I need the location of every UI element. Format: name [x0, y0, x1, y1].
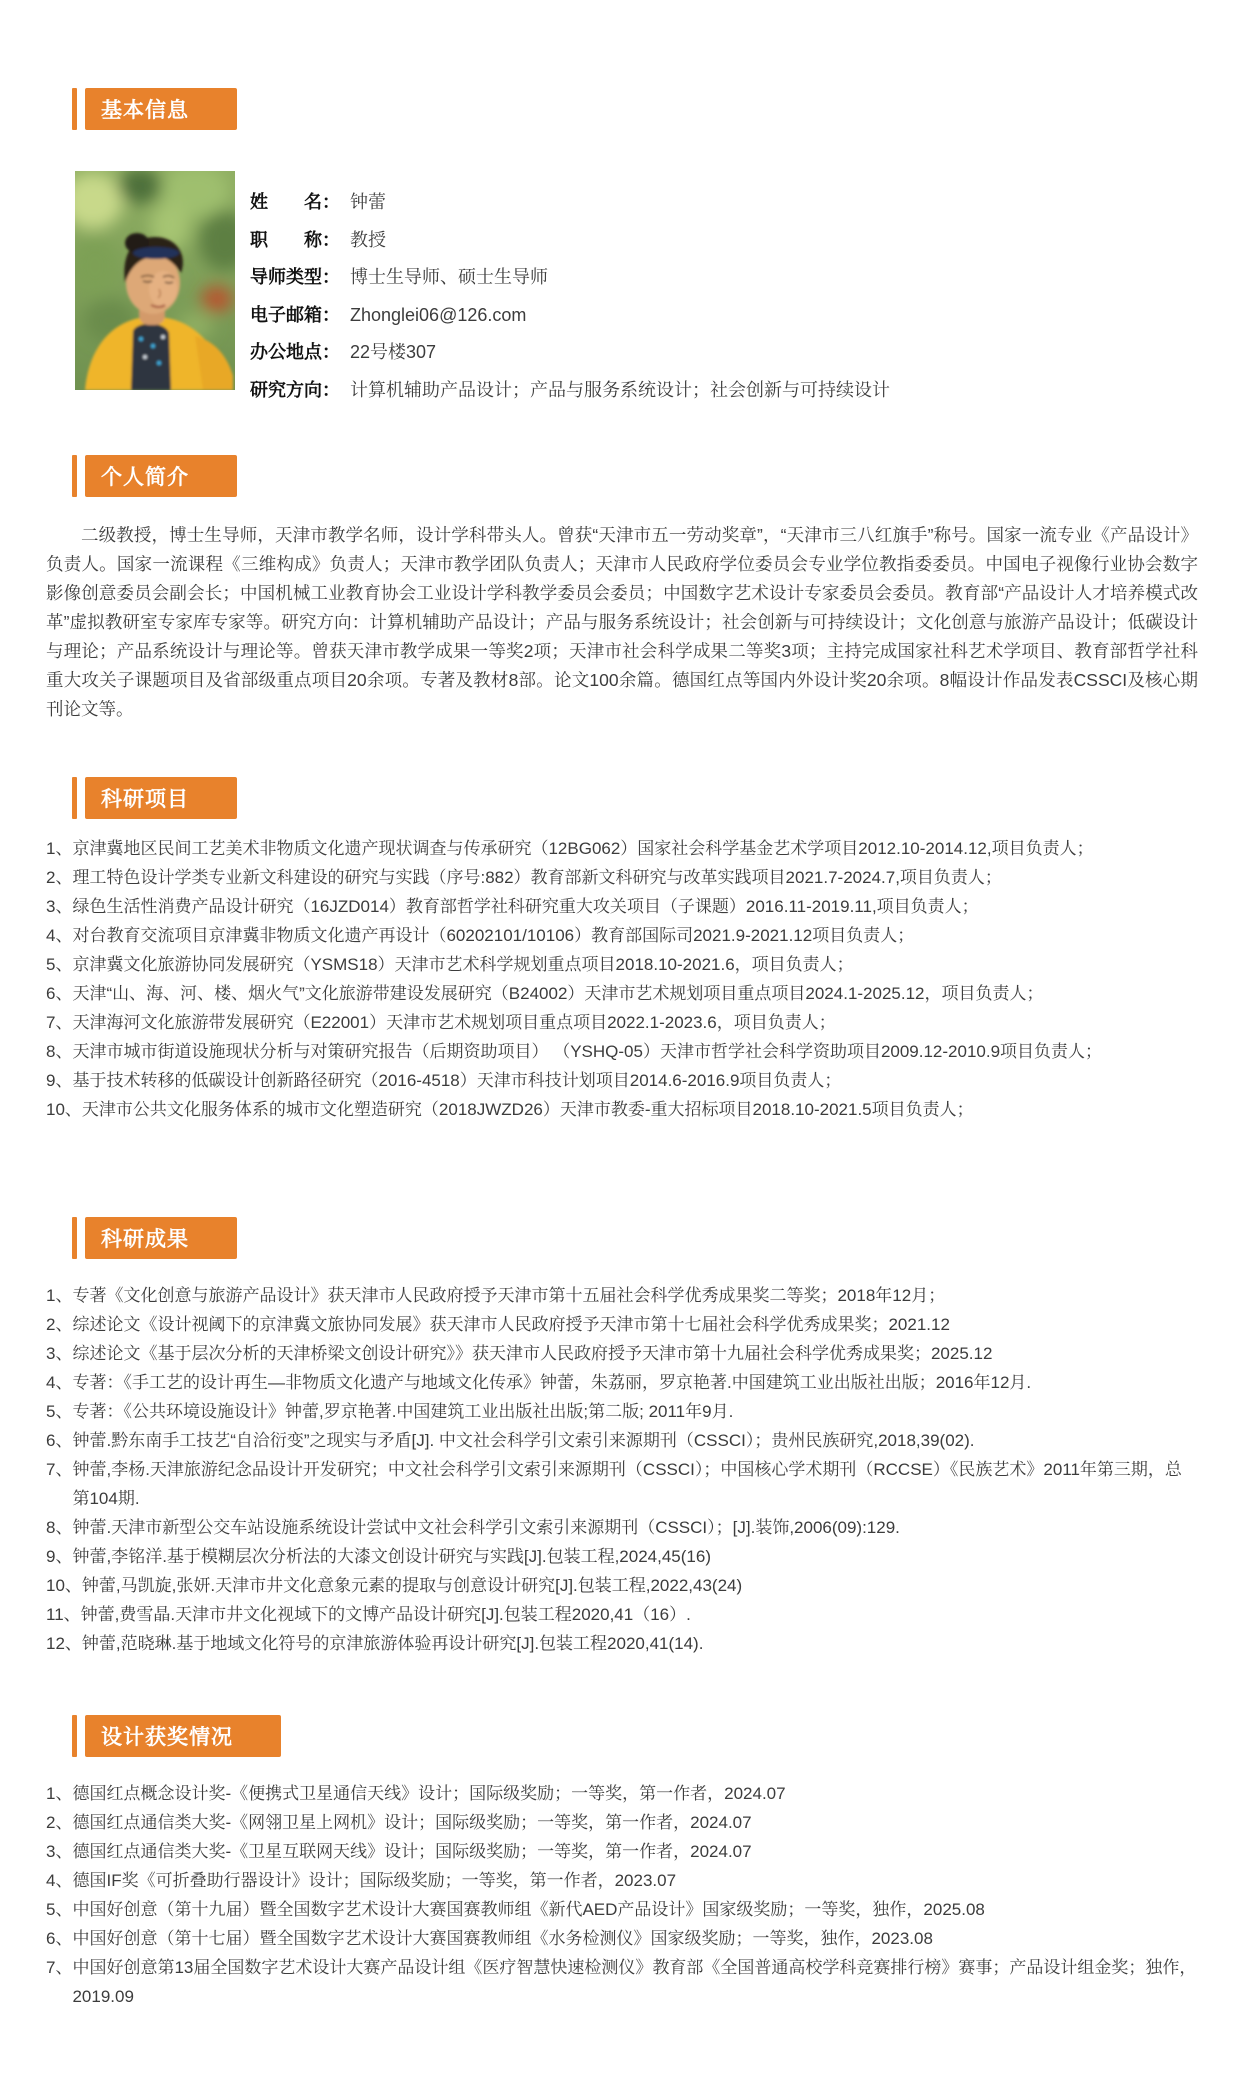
item-number: 9、: [46, 1066, 72, 1095]
field-row: 电子邮箱： Zhonglei06@126.com: [250, 297, 1190, 335]
project-item: 6、 天津“山、海、河、楼、烟火气”文化旅游带建设发展研究（B24002）天津市…: [46, 979, 1198, 1008]
item-text: 钟蕾,范晓琳.基于地域文化符号的京津旅游体验再设计研究[J].包装工程2020,…: [82, 1629, 1198, 1658]
field-value: 22号楼307: [350, 334, 436, 372]
item-text: 综述论文《基于层次分析的天津桥梁文创设计研究》》获天津市人民政府授予天津市第十九…: [72, 1339, 1198, 1368]
item-text: 专著《文化创意与旅游产品设计》获天津市人民政府授予天津市第十五届社会科学优秀成果…: [72, 1281, 1198, 1310]
item-number: 4、: [46, 1368, 72, 1397]
field-label: 电子邮箱：: [250, 297, 340, 335]
section-title: 科研成果: [85, 1217, 237, 1259]
achievement-item: 8、 钟蕾.天津市新型公交车站设施系统设计尝试中文社会科学引文索引来源期刊（CS…: [46, 1513, 1198, 1542]
item-text: 绿色生活性消费产品设计研究（16JZD014）教育部哲学社科研究重大攻关项目（子…: [72, 892, 1198, 921]
section-header-profile: 个人简介: [72, 455, 237, 497]
section-header-awards: 设计获奖情况: [72, 1715, 281, 1757]
achievement-item: 1、 专著《文化创意与旅游产品设计》获天津市人民政府授予天津市第十五届社会科学优…: [46, 1281, 1198, 1310]
section-accent-bar: [72, 455, 77, 497]
item-text: 专著：《公共环境设施设计》钟蕾,罗京艳著.中国建筑工业出版社出版;第二版; 20…: [72, 1397, 1198, 1426]
field-value: Zhonglei06@126.com: [350, 297, 526, 335]
achievement-item: 9、 钟蕾,李铭洋.基于模糊层次分析法的大漆文创设计研究与实践[J].包装工程,…: [46, 1542, 1198, 1571]
item-number: 8、: [46, 1037, 72, 1066]
item-text: 综述论文《设计视阈下的京津冀文旅协同发展》获天津市人民政府授予天津市第十七届社会…: [72, 1310, 1198, 1339]
item-text: 钟蕾,李铭洋.基于模糊层次分析法的大漆文创设计研究与实践[J].包装工程,202…: [72, 1542, 1198, 1571]
project-item: 9、 基于技术转移的低碳设计创新路径研究（2016-4518）天津市科技计划项目…: [46, 1066, 1198, 1095]
project-item: 8、 天津市城市街道设施现状分析与对策研究报告（后期资助项目） （YSHQ-05…: [46, 1037, 1198, 1066]
item-number: 11、: [46, 1600, 81, 1629]
item-text: 德国红点通信类大奖-《网翎卫星上网机》设计；国际级奖励；一等奖，第一作者，202…: [72, 1808, 1198, 1837]
item-number: 2、: [46, 1808, 72, 1837]
item-number: 10、: [46, 1095, 82, 1124]
award-item: 5、 中国好创意（第十九届）暨全国数字艺术设计大赛国赛教师组《新代AED产品设计…: [46, 1895, 1198, 1924]
section-title: 设计获奖情况: [85, 1715, 281, 1757]
item-text: 京津冀文化旅游协同发展研究（YSMS18）天津市艺术科学规划重点项目2018.1…: [72, 950, 1198, 979]
profile-paragraph: 二级教授，博士生导师，天津市教学名师，设计学科带头人。曾获“天津市五一劳动奖章”…: [46, 521, 1198, 724]
item-text: 钟蕾,费雪晶.天津市井文化视域下的文博产品设计研究[J].包装工程2020,41…: [81, 1600, 1198, 1629]
achievement-item: 12、 钟蕾,范晓琳.基于地域文化符号的京津旅游体验再设计研究[J].包装工程2…: [46, 1629, 1198, 1658]
field-label: 导师类型：: [250, 259, 340, 297]
section-accent-bar: [72, 1715, 77, 1757]
achievements-list: 1、 专著《文化创意与旅游产品设计》获天津市人民政府授予天津市第十五届社会科学优…: [46, 1281, 1198, 1658]
item-number: 8、: [46, 1513, 72, 1542]
achievement-item: 2、 综述论文《设计视阈下的京津冀文旅协同发展》获天津市人民政府授予天津市第十七…: [46, 1310, 1198, 1339]
project-item: 3、 绿色生活性消费产品设计研究（16JZD014）教育部哲学社科研究重大攻关项…: [46, 892, 1198, 921]
item-number: 10、: [46, 1571, 82, 1600]
project-item: 1、 京津冀地区民间工艺美术非物质文化遗产现状调查与传承研究（12BG062）国…: [46, 834, 1198, 863]
field-row: 职 称： 教授: [250, 222, 1190, 260]
item-text: 理工特色设计学类专业新文科建设的研究与实践（序号:882）教育部新文科研究与改革…: [72, 863, 1198, 892]
item-text: 天津市城市街道设施现状分析与对策研究报告（后期资助项目） （YSHQ-05）天津…: [72, 1037, 1198, 1066]
item-text: 钟蕾.黔东南手工技艺“自洽衍变”之现实与矛盾[J]. 中文社会科学引文索引来源期…: [72, 1426, 1198, 1455]
faculty-profile-page: 基本信息: [0, 0, 1240, 2082]
item-number: 7、: [46, 1008, 72, 1037]
award-item: 6、 中国好创意（第十七届）暨全国数字艺术设计大赛国赛教师组《水务检测仪》国家级…: [46, 1924, 1198, 1953]
item-text: 德国红点通信类大奖-《卫星互联网天线》设计；国际级奖励；一等奖，第一作者，202…: [72, 1837, 1198, 1866]
item-text: 京津冀地区民间工艺美术非物质文化遗产现状调查与传承研究（12BG062）国家社会…: [72, 834, 1198, 863]
item-text: 天津市公共文化服务体系的城市文化塑造研究（2018JWZD26）天津市教委-重大…: [82, 1095, 1198, 1124]
award-item: 4、 德国IF奖《可折叠助行器设计》设计；国际级奖励；一等奖，第一作者，2023…: [46, 1866, 1198, 1895]
item-text: 德国IF奖《可折叠助行器设计》设计；国际级奖励；一等奖，第一作者，2023.07: [72, 1866, 1198, 1895]
item-text: 钟蕾,李杨.天津旅游纪念品设计开发研究；中文社会科学引文索引来源期刊（CSSCI…: [72, 1455, 1198, 1513]
item-text: 天津海河文化旅游带发展研究（E22001）天津市艺术规划项目重点项目2022.1…: [72, 1008, 1198, 1037]
item-text: 中国好创意（第十七届）暨全国数字艺术设计大赛国赛教师组《水务检测仪》国家级奖励；…: [72, 1924, 1198, 1953]
project-item: 2、 理工特色设计学类专业新文科建设的研究与实践（序号:882）教育部新文科研究…: [46, 863, 1198, 892]
item-text: 基于技术转移的低碳设计创新路径研究（2016-4518）天津市科技计划项目201…: [72, 1066, 1198, 1095]
field-label: 研究方向：: [250, 372, 340, 410]
item-number: 7、: [46, 1953, 72, 2011]
achievement-item: 3、 综述论文《基于层次分析的天津桥梁文创设计研究》》获天津市人民政府授予天津市…: [46, 1339, 1198, 1368]
section-header-achievements: 科研成果: [72, 1217, 237, 1259]
item-text: 天津“山、海、河、楼、烟火气”文化旅游带建设发展研究（B24002）天津市艺术规…: [72, 979, 1198, 1008]
field-label: 姓 名：: [250, 184, 340, 222]
item-number: 4、: [46, 921, 72, 950]
field-label: 职 称：: [250, 222, 340, 260]
field-value: 博士生导师、硕士生导师: [350, 259, 548, 297]
profile-photo: [75, 171, 235, 390]
project-item: 10、 天津市公共文化服务体系的城市文化塑造研究（2018JWZD26）天津市教…: [46, 1095, 1198, 1124]
achievement-item: 5、 专著：《公共环境设施设计》钟蕾,罗京艳著.中国建筑工业出版社出版;第二版;…: [46, 1397, 1198, 1426]
field-value: 教授: [350, 222, 386, 260]
item-number: 3、: [46, 1339, 72, 1368]
achievement-item: 6、 钟蕾.黔东南手工技艺“自洽衍变”之现实与矛盾[J]. 中文社会科学引文索引…: [46, 1426, 1198, 1455]
item-number: 4、: [46, 1866, 72, 1895]
section-accent-bar: [72, 1217, 77, 1259]
section-header-projects: 科研项目: [72, 777, 237, 819]
item-number: 3、: [46, 1837, 72, 1866]
item-number: 12、: [46, 1629, 82, 1658]
field-row: 姓 名： 钟蕾: [250, 184, 1190, 222]
field-row: 研究方向： 计算机辅助产品设计；产品与服务系统设计；社会创新与可持续设计: [250, 372, 1190, 410]
achievement-item: 7、 钟蕾,李杨.天津旅游纪念品设计开发研究；中文社会科学引文索引来源期刊（CS…: [46, 1455, 1198, 1513]
item-text: 钟蕾,马凯旋,张妍.天津市井文化意象元素的提取与创意设计研究[J].包装工程,2…: [82, 1571, 1198, 1600]
item-text: 对台教育交流项目京津冀非物质文化遗产再设计（60202101/10106）教育部…: [72, 921, 1198, 950]
section-title: 科研项目: [85, 777, 237, 819]
award-item: 3、 德国红点通信类大奖-《卫星互联网天线》设计；国际级奖励；一等奖，第一作者，…: [46, 1837, 1198, 1866]
item-text: 中国好创意第13届全国数字艺术设计大赛产品设计组《医疗智慧快速检测仪》教育部《全…: [72, 1953, 1198, 2011]
achievement-item: 11、 钟蕾,费雪晶.天津市井文化视域下的文博产品设计研究[J].包装工程202…: [46, 1600, 1198, 1629]
item-number: 6、: [46, 1924, 72, 1953]
award-item: 7、 中国好创意第13届全国数字艺术设计大赛产品设计组《医疗智慧快速检测仪》教育…: [46, 1953, 1198, 2011]
field-value: 计算机辅助产品设计；产品与服务系统设计；社会创新与可持续设计: [350, 372, 890, 410]
item-number: 1、: [46, 1779, 72, 1808]
item-number: 1、: [46, 834, 72, 863]
item-text: 专著：《手工艺的设计再生—非物质文化遗产与地域文化传承》钟蕾，朱荔丽，罗京艳著.…: [72, 1368, 1198, 1397]
section-header-basic-info: 基本信息: [72, 88, 237, 130]
projects-list: 1、 京津冀地区民间工艺美术非物质文化遗产现状调查与传承研究（12BG062）国…: [46, 834, 1198, 1124]
achievement-item: 10、 钟蕾,马凯旋,张妍.天津市井文化意象元素的提取与创意设计研究[J].包装…: [46, 1571, 1198, 1600]
award-item: 2、 德国红点通信类大奖-《网翎卫星上网机》设计；国际级奖励；一等奖，第一作者，…: [46, 1808, 1198, 1837]
field-value: 钟蕾: [350, 184, 386, 222]
award-item: 1、 德国红点概念设计奖-《便携式卫星通信天线》设计；国际级奖励；一等奖，第一作…: [46, 1779, 1198, 1808]
item-number: 3、: [46, 892, 72, 921]
item-number: 5、: [46, 950, 72, 979]
item-number: 5、: [46, 1397, 72, 1426]
basic-info-fields: 姓 名： 钟蕾 职 称： 教授 导师类型： 博士生导师、硕士生导师 电子邮箱： …: [250, 184, 1190, 409]
project-item: 4、 对台教育交流项目京津冀非物质文化遗产再设计（60202101/10106）…: [46, 921, 1198, 950]
item-text: 德国红点概念设计奖-《便携式卫星通信天线》设计；国际级奖励；一等奖，第一作者，2…: [72, 1779, 1198, 1808]
item-number: 7、: [46, 1455, 72, 1513]
section-accent-bar: [72, 88, 77, 130]
awards-list: 1、 德国红点概念设计奖-《便携式卫星通信天线》设计；国际级奖励；一等奖，第一作…: [46, 1779, 1198, 2011]
section-accent-bar: [72, 777, 77, 819]
project-item: 5、 京津冀文化旅游协同发展研究（YSMS18）天津市艺术科学规划重点项目201…: [46, 950, 1198, 979]
item-number: 5、: [46, 1895, 72, 1924]
item-text: 钟蕾.天津市新型公交车站设施系统设计尝试中文社会科学引文索引来源期刊（CSSCI…: [72, 1513, 1198, 1542]
item-number: 9、: [46, 1542, 72, 1571]
section-title: 基本信息: [85, 88, 237, 130]
item-number: 2、: [46, 1310, 72, 1339]
item-text: 中国好创意（第十九届）暨全国数字艺术设计大赛国赛教师组《新代AED产品设计》国家…: [72, 1895, 1198, 1924]
achievement-item: 4、 专著：《手工艺的设计再生—非物质文化遗产与地域文化传承》钟蕾，朱荔丽，罗京…: [46, 1368, 1198, 1397]
item-number: 1、: [46, 1281, 72, 1310]
project-item: 7、 天津海河文化旅游带发展研究（E22001）天津市艺术规划项目重点项目202…: [46, 1008, 1198, 1037]
item-number: 2、: [46, 863, 72, 892]
field-label: 办公地点：: [250, 334, 340, 372]
item-number: 6、: [46, 1426, 72, 1455]
field-row: 导师类型： 博士生导师、硕士生导师: [250, 259, 1190, 297]
section-title: 个人简介: [85, 455, 237, 497]
field-row: 办公地点： 22号楼307: [250, 334, 1190, 372]
item-number: 6、: [46, 979, 72, 1008]
